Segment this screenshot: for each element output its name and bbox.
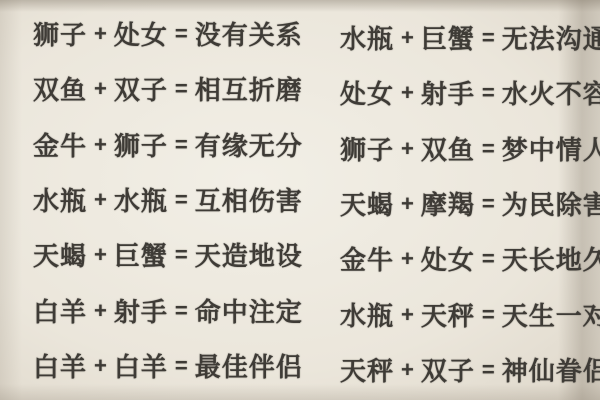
- zodiac-sign-b: 双子: [421, 356, 475, 386]
- pairing-result: 天生一对: [502, 301, 600, 331]
- zodiac-sign-a: 天蝎: [33, 241, 87, 271]
- pairing-row: 天秤 + 双子 = 神仙眷侣: [340, 356, 595, 386]
- plus-operator: +: [94, 74, 107, 104]
- zodiac-sign-b: 狮子: [114, 131, 168, 161]
- pairing-result: 天造地设: [195, 241, 303, 271]
- zodiac-sign-b: 摩羯: [421, 190, 475, 220]
- equals-operator: =: [482, 134, 495, 164]
- plus-operator: +: [401, 300, 414, 330]
- equals-operator: =: [482, 189, 495, 219]
- pairing-result: 相互折磨: [195, 75, 303, 105]
- zodiac-sign-b: 处女: [114, 20, 168, 50]
- pairing-result: 最佳伴侣: [195, 352, 303, 382]
- zodiac-sign-b: 巨蟹: [114, 241, 168, 271]
- zodiac-sign-b: 水瓶: [114, 186, 168, 216]
- zodiac-sign-b: 处女: [421, 245, 475, 275]
- equals-operator: =: [482, 78, 495, 108]
- pairing-row: 水瓶 + 巨蟹 = 无法沟通: [340, 24, 595, 54]
- plus-operator: +: [401, 355, 414, 385]
- equals-operator: =: [175, 296, 188, 326]
- plus-operator: +: [401, 134, 414, 164]
- zodiac-sign-a: 白羊: [33, 297, 87, 327]
- zodiac-sign-a: 狮子: [33, 20, 87, 50]
- plus-operator: +: [94, 296, 107, 326]
- plus-operator: +: [94, 185, 107, 215]
- zodiac-sign-a: 水瓶: [340, 301, 394, 331]
- zodiac-sign-a: 白羊: [33, 352, 87, 382]
- pairing-row: 金牛 + 狮子 = 有缘无分: [33, 131, 293, 161]
- pairing-result: 没有关系: [195, 20, 303, 50]
- pairing-result: 互相伤害: [195, 186, 303, 216]
- pairing-row: 金牛 + 处女 = 天长地久: [340, 245, 595, 275]
- equals-operator: =: [175, 185, 188, 215]
- pairing-row: 处女 + 射手 = 水火不容: [340, 79, 595, 109]
- pairing-row: 天蝎 + 巨蟹 = 天造地设: [33, 241, 293, 271]
- pairing-row: 狮子 + 双鱼 = 梦中情人: [340, 135, 595, 165]
- zodiac-sign-a: 水瓶: [33, 186, 87, 216]
- zodiac-sign-a: 狮子: [340, 135, 394, 165]
- zodiac-sign-a: 双鱼: [33, 75, 87, 105]
- zodiac-sign-a: 水瓶: [340, 24, 394, 54]
- zodiac-sign-b: 射手: [421, 79, 475, 109]
- plus-operator: +: [401, 23, 414, 53]
- pairings-column-right: 水瓶 + 巨蟹 = 无法沟通 处女 + 射手 = 水火不容 狮子 + 双鱼 = …: [340, 24, 595, 386]
- pairing-result: 为民除害: [502, 190, 600, 220]
- pairing-result: 梦中情人: [502, 135, 600, 165]
- zodiac-sign-a: 天蝎: [340, 190, 394, 220]
- pairing-result: 命中注定: [195, 297, 303, 327]
- plus-operator: +: [401, 244, 414, 274]
- zodiac-sign-a: 处女: [340, 79, 394, 109]
- pairing-row: 狮子 + 处女 = 没有关系: [33, 20, 293, 50]
- pairing-row: 水瓶 + 天秤 = 天生一对: [340, 301, 595, 331]
- equals-operator: =: [482, 355, 495, 385]
- pairing-row: 白羊 + 射手 = 命中注定: [33, 297, 293, 327]
- zodiac-sign-b: 天秤: [421, 301, 475, 331]
- equals-operator: =: [175, 19, 188, 49]
- pairing-row: 白羊 + 白羊 = 最佳伴侣: [33, 352, 293, 382]
- zodiac-sign-b: 射手: [114, 297, 168, 327]
- pairing-result: 有缘无分: [195, 131, 303, 161]
- equals-operator: =: [482, 300, 495, 330]
- pairings-column-left: 狮子 + 处女 = 没有关系 双鱼 + 双子 = 相互折磨 金牛 + 狮子 = …: [33, 20, 293, 382]
- zodiac-sign-b: 巨蟹: [421, 24, 475, 54]
- pairing-result: 水火不容: [502, 79, 600, 109]
- pairing-result: 天长地久: [502, 245, 600, 275]
- plus-operator: +: [94, 351, 107, 381]
- zodiac-sign-a: 金牛: [340, 245, 394, 275]
- plus-operator: +: [401, 78, 414, 108]
- plus-operator: +: [94, 240, 107, 270]
- zodiac-sign-a: 金牛: [33, 131, 87, 161]
- equals-operator: =: [482, 244, 495, 274]
- plus-operator: +: [401, 189, 414, 219]
- equals-operator: =: [482, 23, 495, 53]
- pairing-row: 水瓶 + 水瓶 = 互相伤害: [33, 186, 293, 216]
- equals-operator: =: [175, 351, 188, 381]
- plus-operator: +: [94, 130, 107, 160]
- equals-operator: =: [175, 130, 188, 160]
- pairing-row: 天蝎 + 摩羯 = 为民除害: [340, 190, 595, 220]
- zodiac-sign-b: 双子: [114, 75, 168, 105]
- zodiac-sign-b: 白羊: [114, 352, 168, 382]
- plus-operator: +: [94, 19, 107, 49]
- zodiac-compatibility-page: 狮子 + 处女 = 没有关系 双鱼 + 双子 = 相互折磨 金牛 + 狮子 = …: [0, 0, 600, 400]
- equals-operator: =: [175, 240, 188, 270]
- equals-operator: =: [175, 74, 188, 104]
- pairing-result: 无法沟通: [502, 24, 600, 54]
- pairing-result: 神仙眷侣: [502, 356, 600, 386]
- zodiac-sign-b: 双鱼: [421, 135, 475, 165]
- pairing-row: 双鱼 + 双子 = 相互折磨: [33, 75, 293, 105]
- zodiac-sign-a: 天秤: [340, 356, 394, 386]
